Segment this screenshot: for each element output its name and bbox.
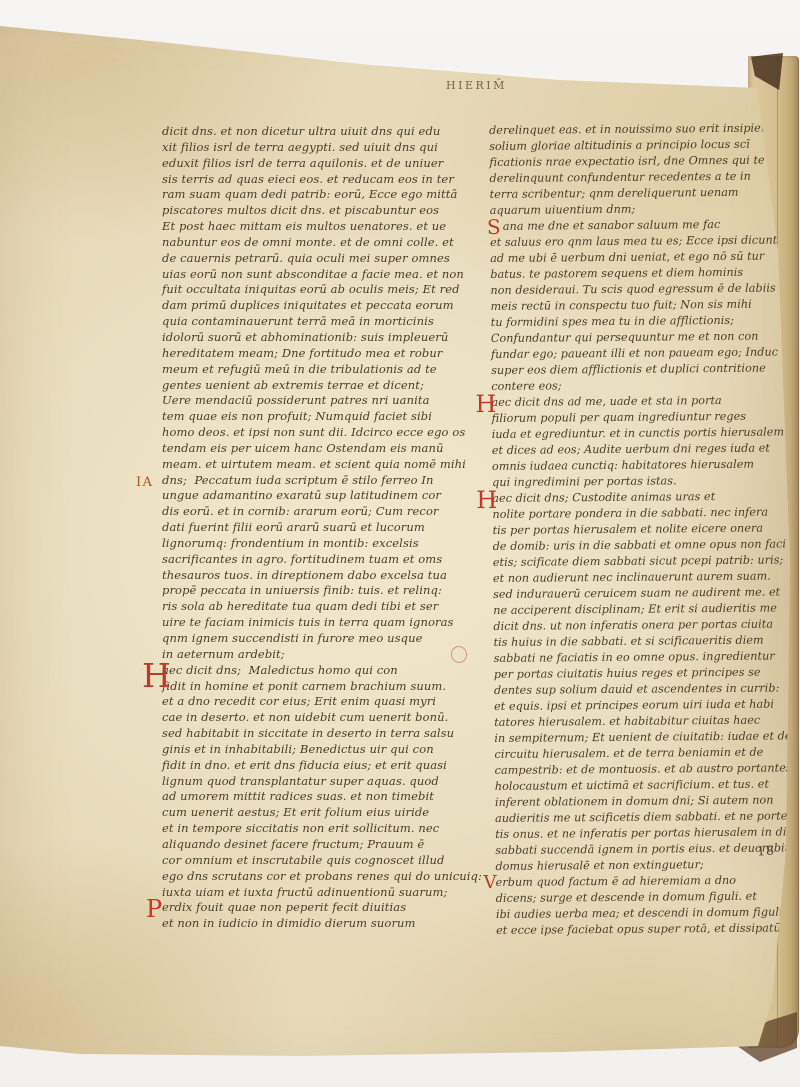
text-line: thesauros tuos. in direptionem dabo exce… (162, 568, 474, 584)
text-line: de cauernis petrarū. quia oculi mei supe… (162, 251, 474, 267)
text-line: fuit occultata iniquitas eorū ab oculis … (162, 282, 474, 298)
rubric-initial: H (475, 392, 496, 416)
text-line: aliquando desinet facere fructum; Prauum… (162, 837, 474, 853)
text-line: dns; Peccatum iuda scriptum ē stilo ferr… (162, 473, 474, 489)
text-line: et ecce ipse faciebat opus super rotā, e… (496, 921, 772, 939)
text-line: dati fuerint filii eorū ararū suarū et l… (162, 520, 474, 536)
text-line: iuxta uiam et iuxta fructū adinuentionū … (162, 885, 474, 901)
text-line: dis eorū. et in cornib: ararum eorū; Cum… (162, 504, 474, 520)
text-line: ungue adamantino exaratū sup latitudinem… (162, 488, 474, 504)
text-line: fidit in homine et ponit carnem brachium… (162, 679, 474, 695)
text-column-right: derelinquet eas. et in nouissimo suo eri… (489, 121, 772, 939)
rubric-initial: H (476, 488, 497, 512)
text-line: ginis et in inhabitabili; Benedictus uir… (162, 742, 474, 758)
text-line: hereditatem meam; Dne fortitudo mea et r… (162, 346, 474, 362)
text-line: ram suam quam dedi patrib: eorū, Ecce eg… (162, 187, 474, 203)
text-line: sed habitabit in siccitate in deserto in… (162, 726, 474, 742)
text-line: Et post haec mittam eis multos uenatores… (162, 219, 474, 235)
rubric-initial: V (484, 874, 497, 892)
rubric-initial: P (146, 897, 162, 921)
text-line: gentes uenient ab extremis terrae et dic… (162, 378, 474, 394)
text-line: homo deos. et ipsi non sunt dii. Idcirco… (162, 425, 474, 441)
text-line: et a dno recedit cor eius; Erit enim qua… (162, 694, 474, 710)
text-line: Uere mendaciū possiderunt patres nri uan… (162, 393, 474, 409)
text-line: ris sola ab hereditate tua quam dedi tib… (162, 599, 474, 615)
text-line: erdix fouit quae non peperit fecit diuit… (162, 900, 474, 916)
text-line: dicit dns. et non dicetur ultra uiuit dn… (162, 124, 474, 140)
text-line: aec dicit dns; Maledictus homo qui conH (162, 663, 474, 679)
text-line: meum et refugiū meū in die tribulationis… (162, 362, 474, 378)
text-line: qnm ignem succendisti in furore meo usqu… (162, 631, 474, 647)
text-line: uire te faciam inimicis tuis in terra qu… (162, 615, 474, 631)
text-line: cae in deserto. et non uidebit cum uener… (162, 710, 474, 726)
text-line: propē peccata in uniuersis finib: tuis. … (162, 583, 474, 599)
rubric-initial: S (487, 217, 501, 237)
text-line: lignorumq: frondentium in montib: excels… (162, 536, 474, 552)
text-line: quia contaminauerunt terrā meā in mortic… (162, 314, 474, 330)
manuscript-page: HIERIM̄ dicit dns. et non dicetur ultra … (0, 0, 800, 1087)
text-line: et non in iudicio in dimidio dierum suor… (162, 916, 474, 932)
text-line: meam. et uirtutem meam. et scient quia n… (162, 457, 474, 473)
text-line: tem quae eis non profuit; Numquid faciet… (162, 409, 474, 425)
text-line: dam primū duplices iniquitates et peccat… (162, 298, 474, 314)
text-line: piscatores multos dicit dns. et piscabun… (162, 203, 474, 219)
text-line: cum uenerit aestus; Et erit folium eius … (162, 805, 474, 821)
text-line: eduxit filios isrl de terra aquilonis. e… (162, 156, 474, 172)
text-line: uias eorū non sunt absconditae a facie m… (162, 267, 474, 283)
text-line: ego dns scrutans cor et probans renes qu… (162, 869, 474, 885)
text-line: in aeternum ardebit; (162, 647, 474, 663)
running-title: HIERIM̄ (446, 79, 507, 92)
manuscript-photo: HIERIM̄ dicit dns. et non dicetur ultra … (0, 0, 800, 1087)
text-line: lignum quod transplantatur super aquas. … (162, 774, 474, 790)
text-line: ad umorem mittit radices suas. et non ti… (162, 789, 474, 805)
text-line: nabuntur eos de omni monte. et de omni c… (162, 235, 474, 251)
margin-mark-chapter-18: 18 (756, 842, 775, 858)
text-line: xit filios isrl de terra aegypti. sed ui… (162, 140, 474, 156)
text-line: sis terris ad quas eieci eos. et reducam… (162, 172, 474, 188)
text-column-left: dicit dns. et non dicetur ultra uiuit dn… (162, 124, 474, 932)
text-line: idolorū suorū et abhominationib: suis im… (162, 330, 474, 346)
margin-mark-chapter-17: IA (136, 475, 154, 490)
text-line: et in tempore siccitatis non erit sollic… (162, 821, 474, 837)
text-line: sacrificantes in agro. fortitudinem tuam… (162, 552, 474, 568)
text-line: fidit in dno. et erit dns fiducia eius; … (162, 758, 474, 774)
text-line: tendam eis per uicem hanc Ostendam eis m… (162, 441, 474, 457)
text-line: cor omnium et inscrutabile quis cognosce… (162, 853, 474, 869)
rubric-initial: H (142, 659, 171, 692)
